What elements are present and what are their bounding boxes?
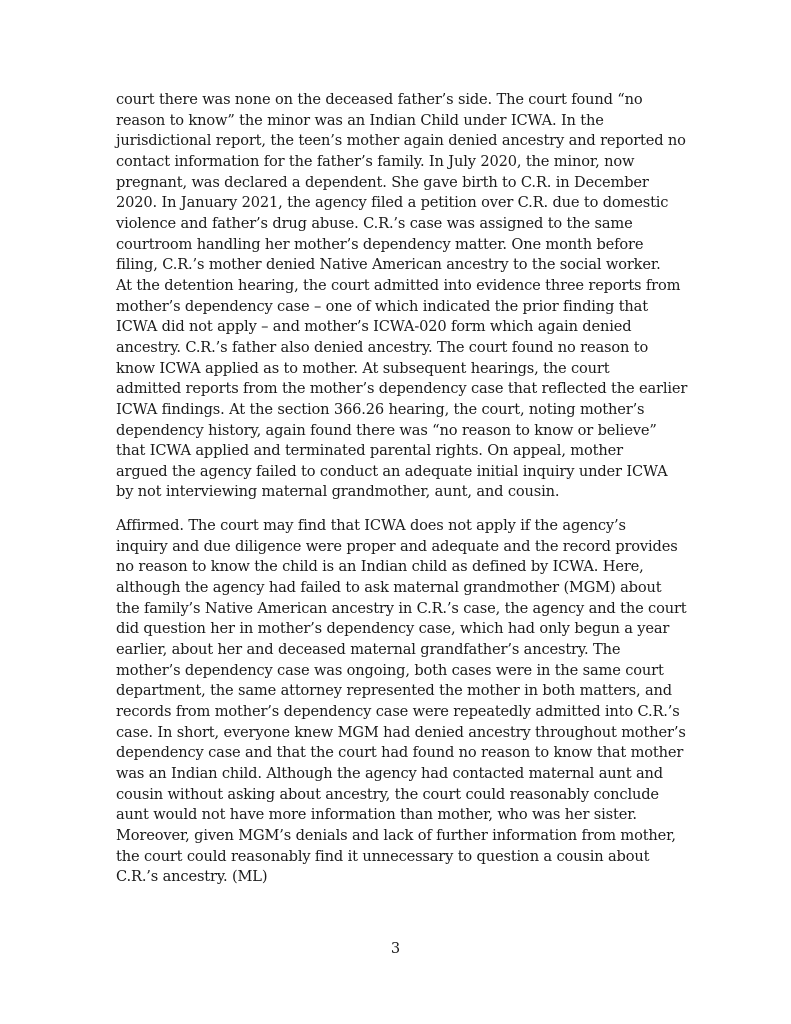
text-line: mother’s dependency case was ongoing, bo… (116, 661, 696, 682)
text-line: dependency case and that the court had f… (116, 743, 696, 764)
text-line: although the agency had failed to ask ma… (116, 578, 696, 599)
text-line: department, the same attorney represente… (116, 681, 696, 702)
text-line: violence and father’s drug abuse. C.R.’s… (116, 214, 696, 235)
text-line: courtroom handling her mother’s dependen… (116, 235, 696, 256)
text-line: dependency history, again found there wa… (116, 421, 696, 442)
text-line: ancestry. C.R.’s father also denied ance… (116, 338, 696, 359)
text-line: cousin without asking about ancestry, th… (116, 785, 696, 806)
text-line: the court could reasonably find it unnec… (116, 847, 696, 868)
text-line: filing, C.R.’s mother denied Native Amer… (116, 255, 696, 276)
text-line: ICWA did not apply – and mother’s ICWA-0… (116, 317, 696, 338)
text-line: C.R.’s ancestry. (ML) (116, 867, 696, 888)
text-line: aunt would not have more information tha… (116, 805, 696, 826)
text-line: court there was none on the deceased fat… (116, 90, 696, 111)
text-line: reason to know” the minor was an Indian … (116, 111, 696, 132)
text-line: pregnant, was declared a dependent. She … (116, 173, 696, 194)
document-body: court there was none on the deceased fat… (116, 90, 696, 888)
text-line: no reason to know the child is an Indian… (116, 557, 696, 578)
document-page: court there was none on the deceased fat… (0, 0, 791, 1024)
text-line: know ICWA applied as to mother. At subse… (116, 359, 696, 380)
text-line: by not interviewing maternal grandmother… (116, 482, 696, 503)
text-line: mother’s dependency case – one of which … (116, 297, 696, 318)
text-line: did question her in mother’s dependency … (116, 619, 696, 640)
text-line: that ICWA applied and terminated parenta… (116, 441, 696, 462)
text-line: argued the agency failed to conduct an a… (116, 462, 696, 483)
page-number: 3 (0, 940, 791, 957)
text-line: records from mother’s dependency case we… (116, 702, 696, 723)
text-line: contact information for the father’s fam… (116, 152, 696, 173)
text-line: earlier, about her and deceased maternal… (116, 640, 696, 661)
text-line: the family’s Native American ancestry in… (116, 599, 696, 620)
holding-paragraph: Affirmed. The court may find that ICWA d… (116, 516, 696, 888)
text-line: was an Indian child. Although the agency… (116, 764, 696, 785)
text-line: jurisdictional report, the teen’s mother… (116, 131, 696, 152)
text-line: admitted reports from the mother’s depen… (116, 379, 696, 400)
case-facts-paragraph: court there was none on the deceased fat… (116, 90, 696, 503)
text-line: case. In short, everyone knew MGM had de… (116, 723, 696, 744)
text-line: ICWA findings. At the section 366.26 hea… (116, 400, 696, 421)
text-line: Moreover, given MGM’s denials and lack o… (116, 826, 696, 847)
text-line: At the detention hearing, the court admi… (116, 276, 696, 297)
text-line: Affirmed. The court may find that ICWA d… (116, 516, 696, 537)
text-line: inquiry and due diligence were proper an… (116, 537, 696, 558)
text-line: 2020. In January 2021, the agency filed … (116, 193, 696, 214)
